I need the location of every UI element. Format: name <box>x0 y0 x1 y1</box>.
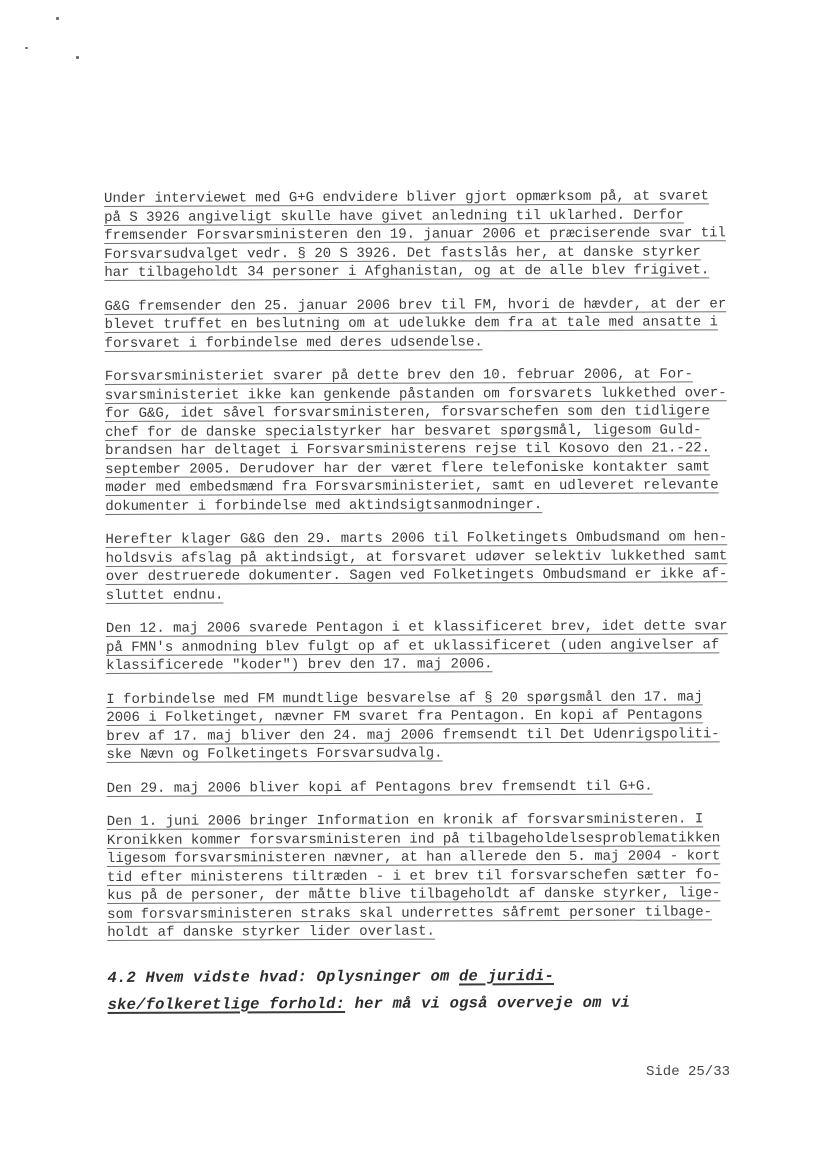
paragraph: G&G fremsender den 25. januar 2006 brev … <box>104 295 748 353</box>
document-page: Under interviewet med G+G endvidere bliv… <box>0 0 826 1169</box>
paragraph: I forbindelse med FM mundtlige besvarels… <box>106 688 750 765</box>
paragraph: Forsvarsministeriet svarer på dette brev… <box>105 365 750 516</box>
scan-speck <box>56 17 59 20</box>
heading-text: her må vi også overveje om vi <box>345 993 630 1012</box>
paragraph: Under interviewet med G+G endvidere bliv… <box>104 187 748 282</box>
scan-speck <box>25 47 28 49</box>
paragraph: Den 29. maj 2006 bliver kopi af Pentagon… <box>107 777 751 798</box>
page-number: Side 25/33 <box>646 1063 730 1081</box>
scan-speck <box>76 56 79 59</box>
document-body: Under interviewet med G+G endvidere bliv… <box>104 187 752 1018</box>
paragraph: Den 12. maj 2006 svarede Pentagon i et k… <box>106 617 750 675</box>
paragraph: Den 1. juni 2006 bringer Information en … <box>107 810 752 942</box>
heading-text: 4.2 Hvem vidste hvad: Oplysninger om <box>107 967 459 987</box>
paragraph: Herefter klager G&G den 29. marts 2006 t… <box>105 528 749 605</box>
section-heading: 4.2 Hvem vidste hvad: Oplysninger om de … <box>107 962 751 1019</box>
